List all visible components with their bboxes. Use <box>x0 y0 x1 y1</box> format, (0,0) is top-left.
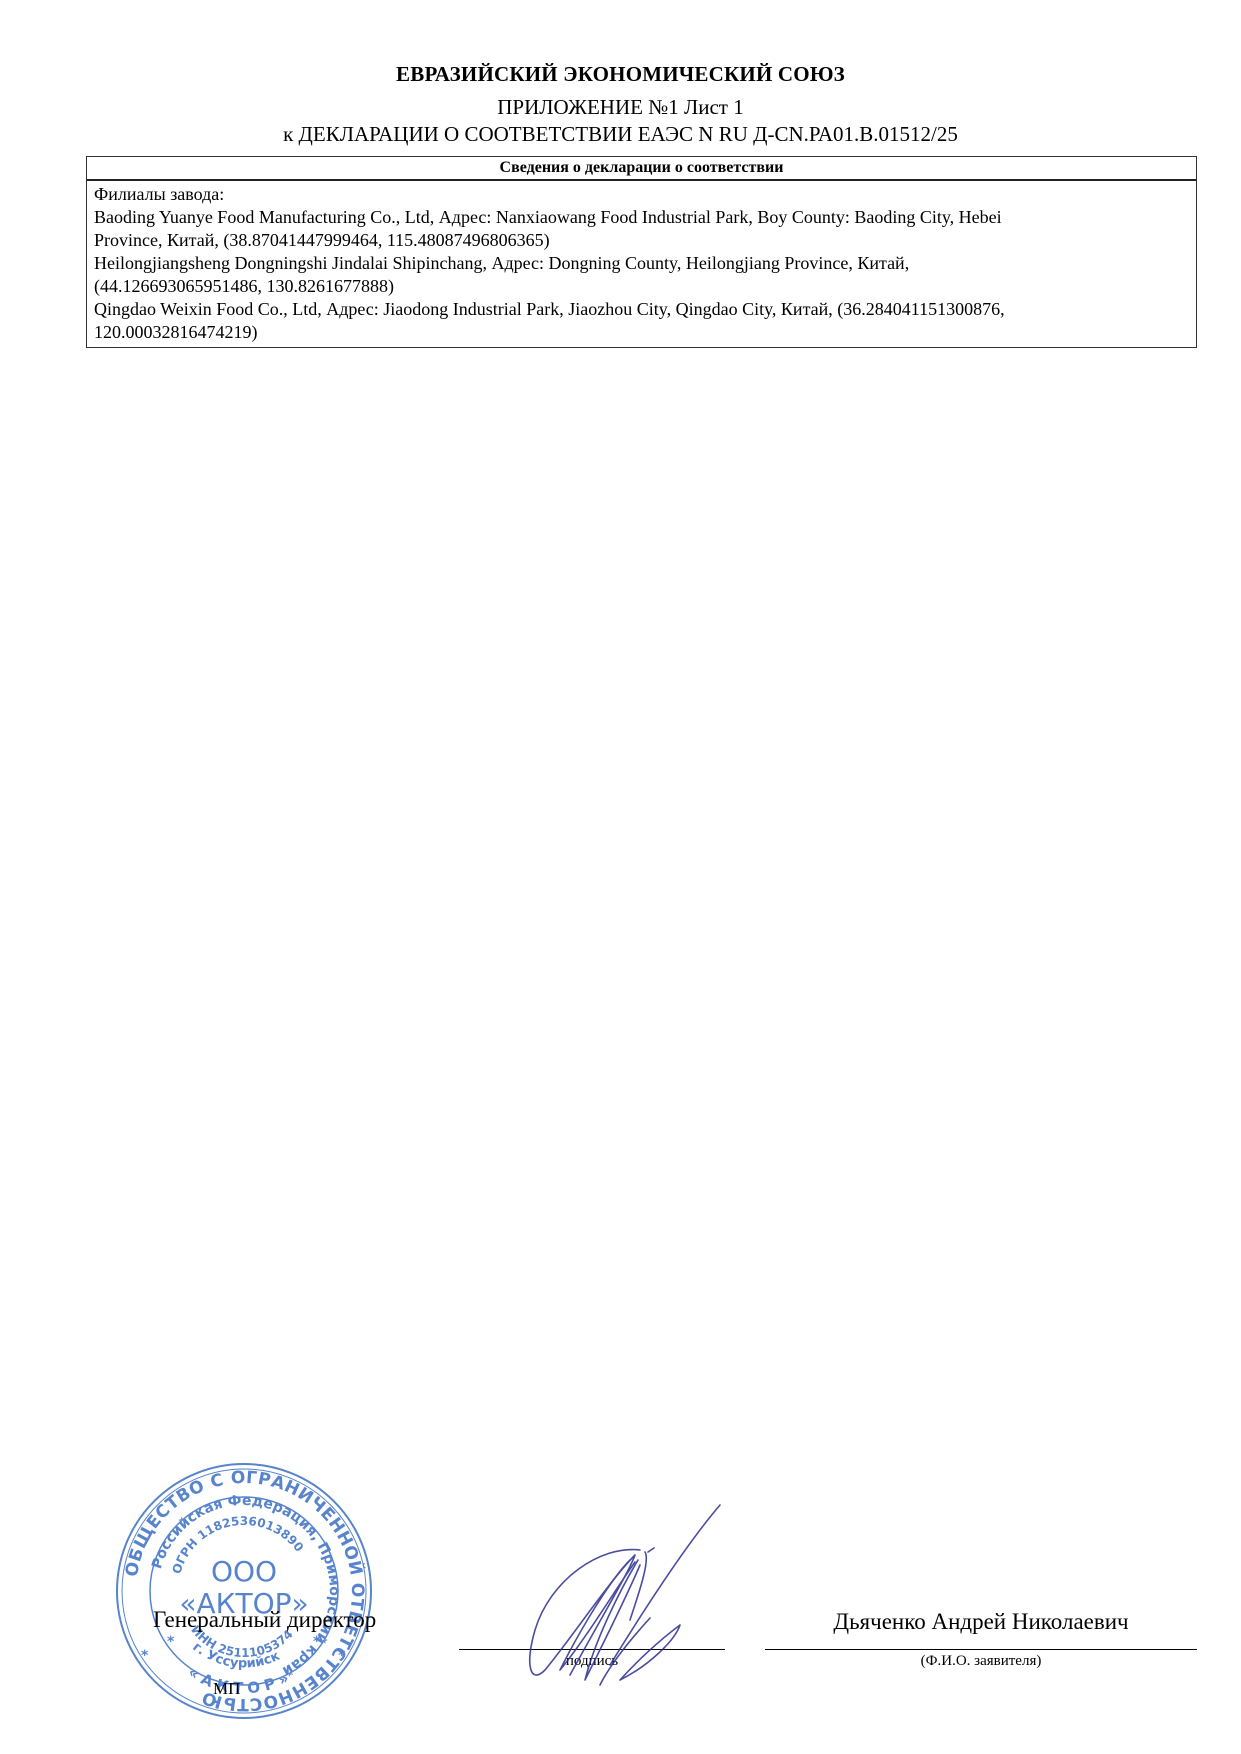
handwritten-signature <box>490 1490 730 1690</box>
appendix-title: ПРИЛОЖЕНИЕ №1 Лист 1 <box>0 95 1241 120</box>
name-line <box>765 1649 1197 1650</box>
declaration-info-table: Сведения о декларации о соответствии Фил… <box>86 156 1197 348</box>
svg-text:*: * <box>338 1648 346 1664</box>
name-caption: (Ф.И.О. заявителя) <box>765 1653 1197 1670</box>
table-line: 120.00032816474219) <box>94 321 1190 344</box>
table-line: Qingdao Weixin Food Co., Ltd, Адрес: Jia… <box>94 298 1190 321</box>
svg-text:*: * <box>141 1648 149 1664</box>
signatory-role: Генеральный директор <box>153 1607 376 1633</box>
svg-text:*: * <box>167 1634 175 1650</box>
declaration-number: к ДЕКЛАРАЦИИ О СООТВЕТСТВИИ ЕАЭС N RU Д-… <box>0 122 1241 147</box>
table-line: (44.126693065951486, 130.8261677888) <box>94 275 1190 298</box>
table-line: Province, Китай, (38.87041447999464, 115… <box>94 229 1190 252</box>
applicant-name: Дьяченко Андрей Николаевич <box>765 1609 1197 1635</box>
company-seal-stamp: ОБЩЕСТВО С ОГРАНИЧЕННОЙ ОТВЕТСТВЕННОСТЬЮ… <box>113 1460 375 1722</box>
svg-text:*: * <box>313 1634 321 1650</box>
union-title: ЕВРАЗИЙСКИЙ ЭКОНОМИЧЕСКИЙ СОЮЗ <box>0 62 1241 87</box>
table-body: Филиалы завода: Baoding Yuanye Food Manu… <box>87 181 1196 347</box>
table-line: Baoding Yuanye Food Manufacturing Co., L… <box>94 206 1190 229</box>
table-line: Филиалы завода: <box>94 183 1190 206</box>
svg-text:ООО: ООО <box>211 1555 277 1588</box>
table-header: Сведения о декларации о соответствии <box>87 157 1196 181</box>
table-line: Heilongjiangsheng Dongningshi Jindalai S… <box>94 252 1190 275</box>
seal-placeholder-label: МП <box>213 1679 240 1699</box>
